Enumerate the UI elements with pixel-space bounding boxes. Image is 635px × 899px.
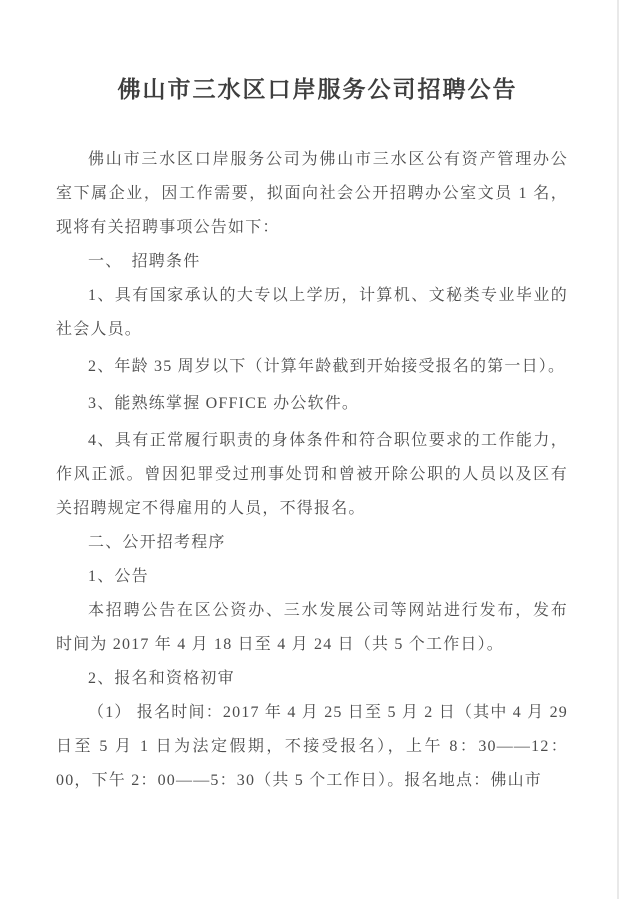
section-heading: 二、公开招考程序 (56, 526, 568, 560)
document-title: 佛山市三水区口岸服务公司招聘公告 (40, 74, 595, 106)
paragraph: 4、具有正常履行职责的身体条件和符合职位要求的工作能力，作风正派。曾因犯罪受过刑… (56, 424, 568, 526)
paragraph: 2、年龄 35 周岁以下（计算年龄截到开始接受报名的第一日）。 (56, 350, 568, 384)
paragraph: 佛山市三水区口岸服务公司为佛山市三水区公有资产管理办公室下属企业，因工作需要，拟… (56, 143, 568, 245)
document-body: 佛山市三水区口岸服务公司为佛山市三水区公有资产管理办公室下属企业，因工作需要，拟… (56, 143, 568, 798)
scan-edge-line (617, 0, 619, 899)
paragraph: 1、具有国家承认的大专以上学历，计算机、文秘类专业毕业的社会人员。 (56, 279, 568, 347)
paragraph: 1、公告 (56, 560, 568, 594)
paragraph: 本招聘公告在区公资办、三水发展公司等网站进行发布，发布时间为 2017 年 4 … (56, 594, 568, 662)
section-heading: 一、 招聘条件 (56, 245, 568, 279)
scanned-page: 佛山市三水区口岸服务公司招聘公告 佛山市三水区口岸服务公司为佛山市三水区公有资产… (0, 0, 635, 899)
paragraph: 3、能熟练掌握 OFFICE 办公软件。 (56, 387, 568, 421)
paragraph: （1） 报名时间：2017 年 4 月 25 日至 5 月 2 日（其中 4 月… (56, 696, 568, 798)
paragraph: 2、报名和资格初审 (56, 662, 568, 696)
